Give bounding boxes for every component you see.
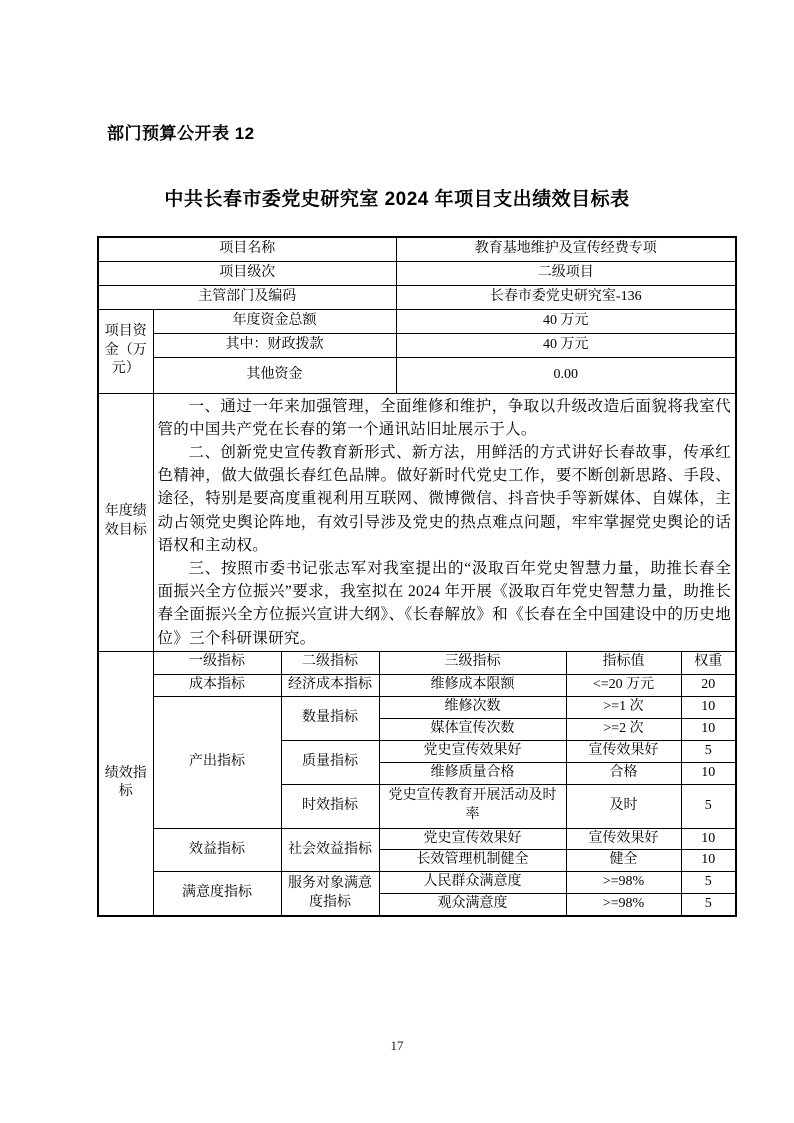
indicator-weight: 20 [681,674,736,696]
project-level-label: 项目级次 [98,261,396,285]
indicator-value: 合格 [566,762,681,784]
indicator-row: 成本指标 经济成本指标 维修成本限额 <=20 万元 20 [98,674,736,696]
indicator-value: 宣传效果好 [566,828,681,850]
indicator-l1: 成本指标 [153,674,281,696]
indicator-value: 宣传效果好 [566,740,681,762]
column-header-level3: 三级指标 [379,651,566,674]
project-name-value: 教育基地维护及宣传经费专项 [396,237,736,261]
indicator-l3: 维修成本限额 [379,674,566,696]
indicator-weight: 10 [681,850,736,872]
goals-paragraph-3: 三、按照市委书记张志军对我室提出的“汲取百年党史智慧力量，助推长春全面振兴全方位… [158,557,732,650]
indicator-l2: 经济成本指标 [281,674,379,696]
funding-other-value: 0.00 [396,357,736,393]
indicator-weight: 5 [681,894,736,916]
page-number: 17 [0,1038,794,1054]
budget-table: 项目名称 教育基地维护及宣传经费专项 项目级次 二级项目 主管部门及编码 长春市… [97,236,737,917]
indicator-l2: 社会效益指标 [281,828,379,872]
indicator-weight: 10 [681,828,736,850]
funding-fiscal-value: 40 万元 [396,333,736,357]
indicator-row: 效益指标 社会效益指标 党史宣传效果好 宣传效果好 10 [98,828,736,850]
indicator-weight: 10 [681,718,736,740]
table-row-indicator-header: 绩效指标 一级指标 二级指标 三级指标 指标值 权重 [98,651,736,674]
indicator-weight: 10 [681,762,736,784]
indicator-row: 满意度指标 服务对象满意度指标 人民群众满意度 >=98% 5 [98,872,736,894]
indicator-l1: 满意度指标 [153,872,281,916]
table-row-funding-other: 其他资金 0.00 [98,357,736,393]
document-page: 部门预算公开表 12 中共长春市委党史研究室 2024 年项目支出绩效目标表 项… [0,0,794,1123]
indicator-l3: 党史宣传效果好 [379,740,566,762]
indicator-l2: 时效指标 [281,784,379,828]
funding-section-header: 项目资金（万元） [98,309,153,393]
funding-total-label: 年度资金总额 [153,309,396,333]
column-header-level1: 一级指标 [153,651,281,674]
indicator-weight: 5 [681,872,736,894]
table-row-funding-fiscal: 其中：财政拨款 40 万元 [98,333,736,357]
indicator-l1: 效益指标 [153,828,281,872]
funding-total-value: 40 万元 [396,309,736,333]
column-header-level2: 二级指标 [281,651,379,674]
annual-goals-header: 年度绩效目标 [98,393,153,651]
column-header-weight: 权重 [681,651,736,674]
goals-paragraph-1: 一、通过一年来加强管理，全面维修和维护，争取以升级改造后面貌将我室代管的中国共产… [158,395,732,441]
funding-other-label: 其他资金 [153,357,396,393]
indicator-l2: 质量指标 [281,740,379,784]
indicators-section-header: 绩效指标 [98,651,153,916]
project-name-label: 项目名称 [98,237,396,261]
column-header-value: 指标值 [566,651,681,674]
indicator-value: >=1 次 [566,696,681,718]
funding-fiscal-label: 其中：财政拨款 [153,333,396,357]
indicator-l2: 数量指标 [281,696,379,740]
indicator-value: >=98% [566,872,681,894]
table-row-department-code: 主管部门及编码 长春市委党史研究室-136 [98,285,736,309]
indicator-value: 健全 [566,850,681,872]
indicator-value: 及时 [566,784,681,828]
indicator-value: >=98% [566,894,681,916]
indicator-value: >=2 次 [566,718,681,740]
indicator-value: <=20 万元 [566,674,681,696]
indicator-weight: 5 [681,784,736,828]
indicator-row: 产出指标 数量指标 维修次数 >=1 次 10 [98,696,736,718]
indicator-l2: 服务对象满意度指标 [281,872,379,916]
table-row-project-name: 项目名称 教育基地维护及宣传经费专项 [98,237,736,261]
indicator-l1: 产出指标 [153,696,281,828]
annual-goals-text: 一、通过一年来加强管理，全面维修和维护，争取以升级改造后面貌将我室代管的中国共产… [153,393,736,651]
table-row-project-level: 项目级次 二级项目 [98,261,736,285]
document-title: 中共长春市委党史研究室 2024 年项目支出绩效目标表 [0,184,794,211]
goals-paragraph-2: 二、创新党史宣传教育新形式、新方法，用鲜活的方式讲好长春故事，传承红色精神，做大… [158,441,732,557]
indicator-l3: 媒体宣传次数 [379,718,566,740]
project-level-value: 二级项目 [396,261,736,285]
indicator-l3: 党史宣传教育开展活动及时率 [379,784,566,828]
indicator-l3: 人民群众满意度 [379,872,566,894]
indicator-weight: 5 [681,740,736,762]
table-row-annual-goals: 年度绩效目标 一、通过一年来加强管理，全面维修和维护，争取以升级改造后面貌将我室… [98,393,736,651]
indicator-weight: 10 [681,696,736,718]
indicator-l3: 观众满意度 [379,894,566,916]
indicator-l3: 维修次数 [379,696,566,718]
indicator-l3: 维修质量合格 [379,762,566,784]
table-row-funding-total: 项目资金（万元） 年度资金总额 40 万元 [98,309,736,333]
department-code-label: 主管部门及编码 [98,285,396,309]
indicator-l3: 党史宣传效果好 [379,828,566,850]
doc-sheet-label: 部门预算公开表 12 [107,119,255,144]
department-code-value: 长春市委党史研究室-136 [396,285,736,309]
indicator-l3: 长效管理机制健全 [379,850,566,872]
